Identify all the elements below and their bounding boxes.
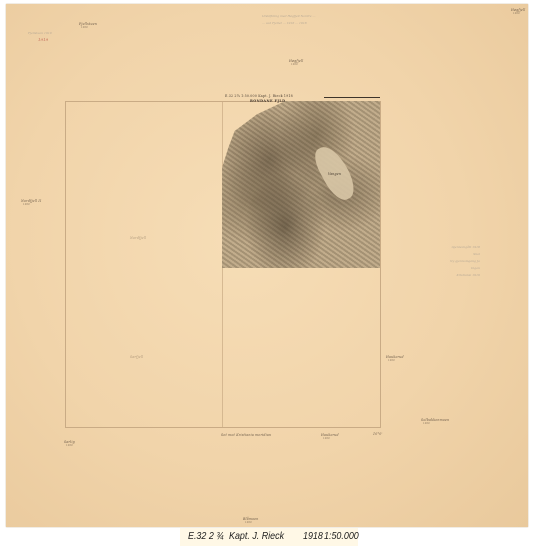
map-title: RONDANE FJLD: [250, 99, 285, 103]
caption-year: 1918: [303, 530, 323, 542]
caption-surveyor: Kapt. J. Rieck: [229, 530, 284, 542]
label-meridian: Set mot Kristiania meridian: [221, 433, 271, 437]
relief-map-engraving: [222, 101, 380, 268]
label-bottom-center: Blåmoen1000: [243, 517, 259, 524]
scale-bar: [324, 97, 380, 100]
label-corner-coord: 10°0': [373, 432, 383, 436]
pencil-note-right: Gjennomgått 1918 Skal Ny gjennomgang Ja …: [450, 244, 480, 279]
label-left-middle: Nordfjell II1000: [21, 199, 41, 206]
label-bottom-right-corner: Haukerud1000: [321, 433, 339, 440]
frame-right-line: [380, 101, 381, 427]
label-top-center: Høgfjell1000: [289, 59, 303, 66]
label-top-right: Høgfjell1000: [511, 8, 525, 15]
label-right-lower: Haukerud1000: [386, 355, 404, 362]
label-inner-left-upper: Nordfjell: [130, 236, 146, 240]
pencil-note-top: Utskiftning med Høgfjell Nordre ... ... …: [262, 13, 315, 27]
red-stamp: 1919: [38, 37, 48, 42]
lake-label: Vangen: [328, 172, 341, 176]
pencil-note-top-left: Fjellstuen 1919: [28, 30, 52, 37]
map-header: E.32 2¾ 1:50.000 Kapt. J. Rieck 1918: [225, 94, 293, 98]
label-bottom-left: Sørlig1000: [64, 440, 75, 447]
frame-left-line: [65, 101, 66, 427]
caption-sheet-id: E.32 2 ¾: [188, 530, 224, 542]
label-inner-left-lower: Sørfjell: [130, 355, 143, 359]
caption-scale: 1:50.000: [324, 530, 359, 542]
label-right-bottom: Solbakkenmoen1000: [421, 418, 449, 425]
frame-bottom-line: [65, 427, 381, 428]
label-top-left: Fjellstuen1000: [79, 22, 97, 29]
